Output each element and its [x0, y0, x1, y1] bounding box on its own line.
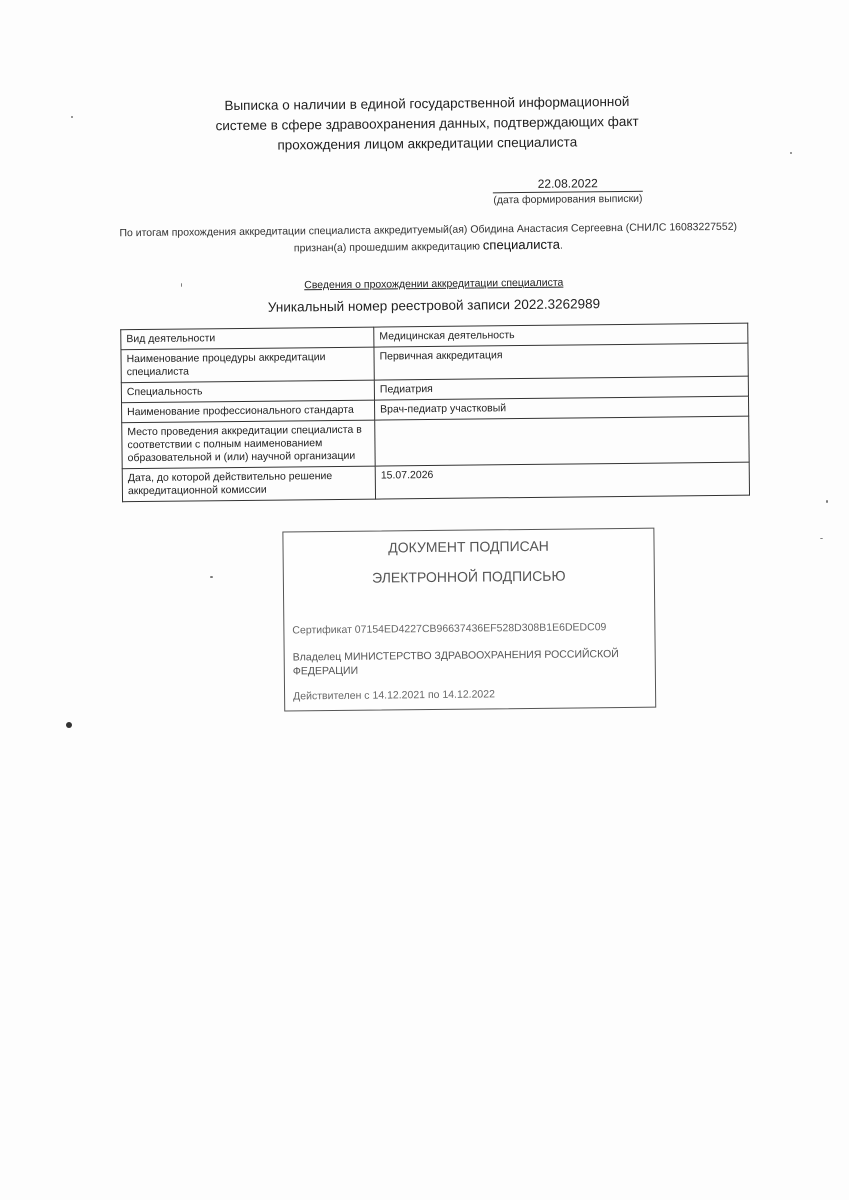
- stamp-line-1: ДОКУМЕНТ ПОДПИСАН: [283, 537, 653, 557]
- issue-date-block: 22.08.2022 (дата формирования выписки): [488, 174, 648, 207]
- row-key: Наименование профессионального стандарта: [122, 400, 375, 423]
- document-page: Выписка о наличии в единой государственн…: [0, 0, 849, 1200]
- row-key: Вид деятельности: [121, 327, 374, 350]
- document-title: Выписка о наличии в единой государственн…: [197, 92, 658, 157]
- table-row: Место проведения аккредитации специалист…: [122, 416, 749, 469]
- scan-speck: [820, 538, 823, 539]
- intro-paragraph: По итогам прохождения аккредитации специ…: [108, 219, 748, 259]
- stamp-validity: Действителен с 14.12.2021 по 14.12.2022: [293, 688, 495, 702]
- issue-date-caption: (дата формирования выписки): [488, 193, 648, 207]
- table-row: Дата, до которой действительно решение а…: [122, 462, 749, 502]
- row-value: Первичная аккредитация: [374, 343, 748, 380]
- scan-speck: [210, 576, 213, 578]
- row-key: Место проведения аккредитации специалист…: [122, 420, 375, 469]
- intro-suffix: .: [560, 240, 563, 252]
- row-key: Дата, до которой действительно решение а…: [122, 466, 375, 502]
- stamp-line-2: ЭЛЕКТРОННОЙ ПОДПИСЬЮ: [284, 567, 654, 587]
- row-key: Специальность: [121, 380, 374, 403]
- stamp-certificate: Сертификат 07154ED4227CB96637436EF528D30…: [292, 621, 606, 636]
- scan-speck: [181, 283, 182, 287]
- scan-speck: [790, 152, 792, 154]
- accreditation-table: Вид деятельности Медицинская деятельност…: [120, 323, 750, 503]
- scan-speck: [66, 722, 72, 728]
- issue-date: 22.08.2022: [493, 176, 643, 194]
- row-value: [375, 416, 749, 466]
- intro-text: признан(а) прошедшим аккредитацию: [294, 240, 483, 254]
- record-number: Уникальный номер реестровой записи 2022.…: [259, 296, 609, 315]
- row-value: 15.07.2026: [375, 462, 749, 499]
- scan-speck: [826, 500, 828, 503]
- intro-emphasis: специалиста: [483, 237, 560, 253]
- electronic-signature-stamp: ДОКУМЕНТ ПОДПИСАН ЭЛЕКТРОННОЙ ПОДПИСЬЮ С…: [282, 528, 656, 712]
- stamp-owner: Владелец МИНИСТЕРСТВО ЗДРАВООХРАНЕНИЯ РО…: [293, 647, 643, 679]
- row-key: Наименование процедуры аккредитации спец…: [121, 347, 374, 383]
- section-heading: Сведения о прохождении аккредитации спец…: [269, 276, 599, 291]
- scan-speck: [71, 116, 73, 118]
